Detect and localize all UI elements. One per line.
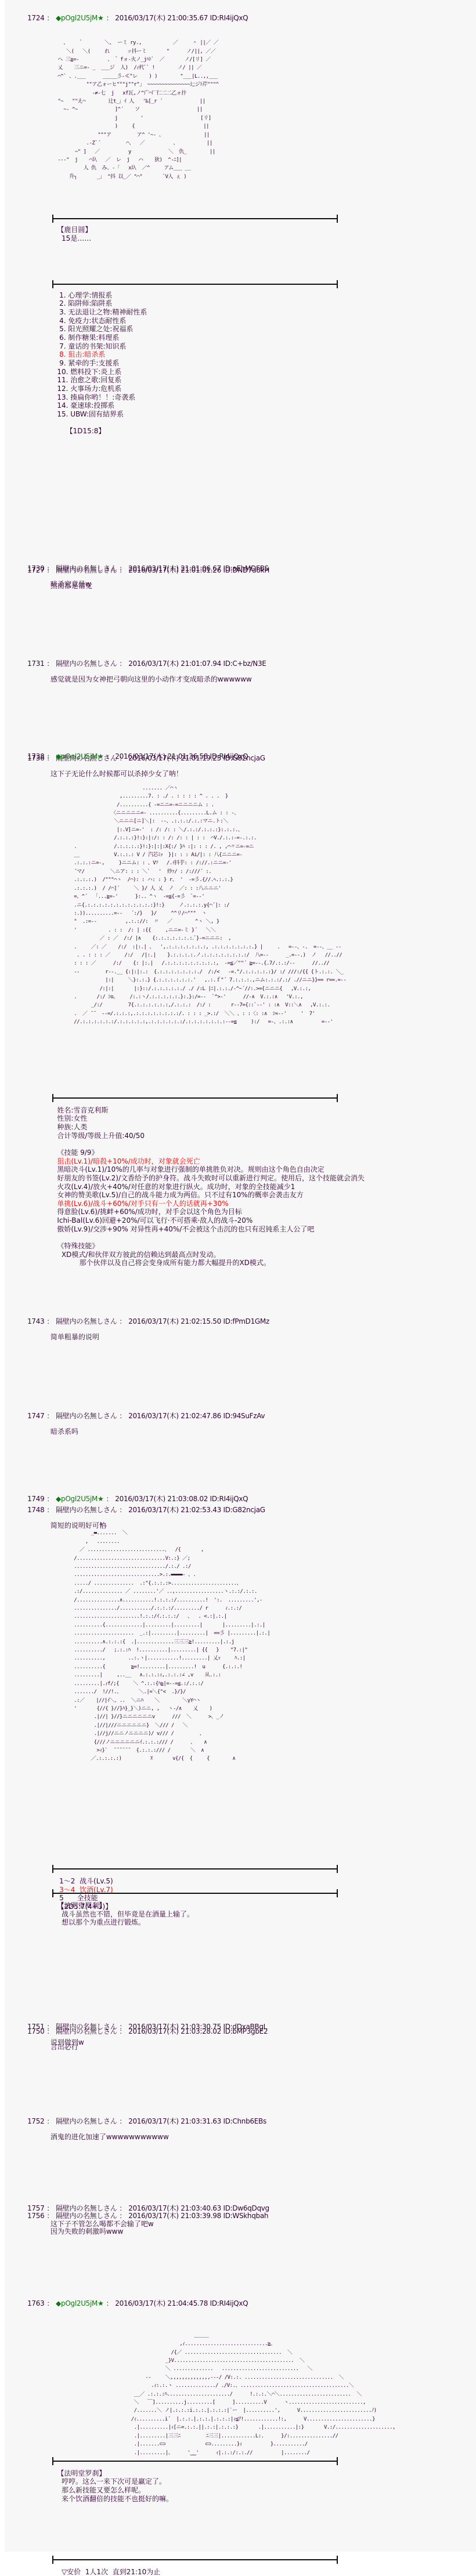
- post-number[interactable]: 1730: [27, 564, 44, 573]
- post-number[interactable]: 1724: [27, 14, 44, 22]
- post-header: 1763：◆pOgl2U5jM★：2016/03/17(木) 21:04:45.…: [27, 2299, 248, 2308]
- ascii-art-line: 、 ゛ ＼、 ーミ ry., ／ ＾ ||／ ／: [57, 39, 218, 47]
- poster-name: 隔壁内の名無しさん: [56, 2117, 117, 2125]
- post-timestamp: 2016/03/17(木) 21:03:08.02: [115, 1495, 208, 1503]
- info-line: 《技能 9/9》: [57, 1148, 365, 1157]
- info-line: 【2D5:7(4+3)】: [57, 1903, 113, 1911]
- poster-id[interactable]: ID:RI4ijQxQ: [210, 2299, 248, 2307]
- separator: ：: [119, 2117, 126, 2125]
- ascii-art-line: /..........{ -=ニニ=-=ニニニニム : .: [51, 801, 346, 809]
- trip-code: pOgl2U5jM: [61, 2299, 98, 2307]
- post-header: 1749：◆pOgl2U5jM★：2016/03/17(木) 21:03:08.…: [27, 1494, 248, 1503]
- ascii-art-line: , ........: [51, 1538, 270, 1546]
- ascii-art-line: .:.:.:.) / /⌒]´ ＼ }/ 人 乂 ノ ／: : :八ニニニ': [51, 885, 346, 893]
- post-body: 简单粗暴的说明: [51, 1333, 99, 1342]
- info-line: 哼哼。这么一来下次可是赢定了。: [57, 2477, 173, 2486]
- info-line: 【1D15:8】: [57, 427, 147, 436]
- ascii-art-line: .:/.............. ／ ........'／ ..,......…: [51, 1588, 270, 1596]
- ascii-art-line: =、^´ 「...≧=-' }:.. ^ヽ -=≦{-=彡 ﾞ=--': [51, 893, 346, 901]
- post-number[interactable]: 1752: [27, 2117, 44, 2125]
- trip-diamond-icon: ◆: [56, 752, 61, 760]
- separator: ：: [119, 2204, 126, 2212]
- post-header: 1738：◆pOgl2U5jM★：2016/03/17(木) 21:01:36.…: [27, 752, 248, 761]
- info-line: 13. 揍扁你哟！！:奇袭系: [57, 393, 147, 402]
- info-line: 姓名:雪音克利斯: [57, 1106, 365, 1115]
- post-body: 因为失败的刺激吗www: [51, 2227, 123, 2236]
- post-timestamp: 2016/03/17(木) 21:01:36.58: [115, 752, 208, 760]
- post-timestamp: 2016/03/17(木) 21:03:31.63: [128, 2117, 221, 2125]
- info-line: 想以那个为重点进行锻炼。: [57, 1918, 194, 1927]
- ascii-art-line: ...../ .............. .:"{.:.:.:>.......…: [51, 1579, 270, 1588]
- info-block: 【法明堂罗刹】 哼哼。这么一来下次可是赢定了。 那么新技能又要怎么样呢。 来个饮…: [57, 2469, 173, 2503]
- ascii-art-line: -≠-七 j xf瓦,ノ^广⌒厂仁二二乙ォ抃: [57, 89, 218, 97]
- ascii-art-line: ~" ] ／ y ＼ 仇_ ||: [57, 148, 218, 156]
- poster-id[interactable]: ID:RI4ijQxQ: [210, 752, 248, 760]
- ascii-art-line: : : : ／ /:/ {: |:.| /.:.:.:.:.:.:.:.:.:,…: [51, 959, 346, 968]
- info-line: [57, 1140, 365, 1148]
- post-header: 1743：隔壁内の名無しさん：2016/03/17(木) 21:02:15.50…: [27, 1317, 269, 1326]
- ascii-art-line: ／.:.:.:.:) ﾇ v{/{ { { ∧: [51, 1755, 270, 1763]
- ascii-art: ....... ／⌒ヽ ,.........7. : ./ . : : : : …: [51, 784, 346, 1027]
- ascii-art-line: ..............................>.:.▬▬▬▬- …: [51, 1571, 270, 1579]
- ascii-art-line: .........., ..:.ヽ|...........!.........|…: [51, 1654, 270, 1662]
- post-number[interactable]: 1751: [27, 2023, 44, 2031]
- info-line: 种族:人类: [57, 1123, 365, 1132]
- separator: ：: [46, 752, 53, 760]
- ascii-art-line: .ｨ:.:.ヽ ............../ ./V:.、..........…: [91, 2382, 395, 2390]
- info-line: 7. 童话的书架:知识系: [57, 342, 147, 351]
- separator: ：: [46, 2023, 53, 2031]
- info-block: 姓名:雪音克利斯性别:女性种族:人类合计等级/等级上升值:40/50《技能 9/…: [57, 1106, 365, 1267]
- ascii-art-line: ""ア乙ォーヒ"""j""r"」 ~~~~~~~~~~~~~~~辷ジﾄ芹"""^: [57, 81, 218, 89]
- info-line: 10. 燃料投下:炎上系: [57, 368, 147, 376]
- ascii-art-line: 乂 三ニ=- _ ___ジ 人) /ｨ杙ﾞ` ! ノ/ || ／: [57, 64, 218, 72]
- ascii-art-line: |:.V]ニ=-' : /: /: : ＼/.:.:/.:.:.:}:.:.:.…: [51, 826, 346, 834]
- highlighted-line: 8. 狙击:暗杀系: [57, 350, 147, 359]
- post-number[interactable]: 1747: [27, 1412, 44, 1420]
- highlighted-line: 单挑(Lv.6)/战斗+60%/对手只有一个人的话就再+30%: [57, 1200, 365, 1208]
- separator: ：: [119, 1412, 126, 1420]
- post-body: 这下子不管怎么喝都不会输了吧w: [51, 2220, 154, 2229]
- info-line: 15是……: [57, 234, 92, 243]
- ascii-art-line: .ニ{.:.:.:.:.:.:.:.:.:.:.:.:}!:} ノ.:.:.:.…: [51, 901, 346, 910]
- info-line: 1～2 战斗(Lv.5): [57, 1877, 113, 1886]
- poster-name: 隔壁内の名無しさん: [56, 1317, 117, 1325]
- ascii-art-line: ..................... _.:|.........|....…: [51, 1629, 270, 1637]
- post-body: 暗杀究竟是w: [51, 580, 91, 589]
- post-body: 暗杀系吗: [51, 1428, 78, 1436]
- ascii-art-line: . ／ ̄ ̄ --=/.:.:.:,.:.:.:.:.:.:.:.:/. : …: [51, 1010, 346, 1018]
- ascii-art-line: ' {//{ }//}ﾊ}_}＼)ニニ, , ヽ-/∧ 乂 ): [51, 1705, 270, 1713]
- ascii-art-line: ＼( ＼( れ ッ抖ーミ " ノ/||, ／／: [57, 48, 218, 56]
- poster-id[interactable]: ID:G82ncjaG: [223, 1506, 265, 1514]
- separator: ：: [119, 2023, 126, 2031]
- ascii-art-line: . . : : : ／ /:/ /|:.| }.:.:.:.:.ノ.:.:.:.…: [51, 951, 346, 959]
- poster-name: 隔壁内の名無しさん: [56, 2204, 117, 2212]
- ascii-art-line: /{／ .................................. ＼: [91, 2349, 395, 2357]
- poster-id[interactable]: ID:WSkhqbah: [223, 2212, 268, 2220]
- ascii-art-line: ,.........7. : ./ . : : : : ^ . . . }: [51, 792, 346, 800]
- ascii-art-line: .|//|///ニニニニニニ} ＼/// / ＼: [51, 1722, 270, 1730]
- section-divider: [52, 218, 338, 219]
- trip-code: pOgl2U5jM: [61, 1495, 98, 1503]
- separator: ：: [46, 2299, 53, 2307]
- info-block: 1～2 战斗(Lv.5) 3～4 饮酒(Lv.7) 5 全技能【2D5:7(4+…: [57, 1877, 113, 1911]
- info-line: 合计等级/等级上升值:40/50: [57, 1132, 365, 1140]
- info-line: 15. UBW:固有結界系: [57, 410, 147, 419]
- info-block: 1. 心理学:情报系 2. 陷阱师:陷阱系 3. 无法退让之物:精神耐性系 4.…: [57, 291, 147, 436]
- info-line: 6. 制作糖果:料理系: [57, 334, 147, 342]
- ascii-art-line: /.:.:.:}!:}:|:/: : /: /: : | : : ⌒V./.:.…: [51, 834, 346, 842]
- post-number[interactable]: 1757: [27, 2204, 44, 2212]
- ascii-art-line: 升┐ _」 ^抖 以_／ "⌒" `V人 ぇ ): [57, 173, 218, 181]
- separator: ：: [119, 564, 126, 573]
- info-line: 《特殊技能》: [57, 1242, 365, 1251]
- ascii-art-line: .:.:.:ニ=-, }ニニム: : 、Vｿ /.ｲ抖芋: : /://.:ニニ…: [51, 859, 346, 867]
- poster-trip: ◆pOgl2U5jM★: [56, 752, 103, 760]
- ascii-art-line: /...............................V:.:} ／;: [51, 1555, 270, 1563]
- highlighted-line: 狙击(Lv.1)/暗殺+10%/成功时，对象就会死亡: [57, 1157, 365, 1166]
- ascii-art-line: ......./ !//!.、 ＼.|=＼{"< .}/}/: [51, 1688, 270, 1696]
- info-line: 5 全技能: [57, 1894, 113, 1903]
- separator: ：: [46, 1317, 53, 1325]
- separator: ：: [46, 2212, 53, 2220]
- info-line: 那么新技能又要怎么样呢。: [57, 2486, 173, 2495]
- ascii-art-line: :.))..........=-- ´:/} }/ ^^リ/⌒""" ヽ: [51, 910, 346, 918]
- ascii-art-line: ／ : ／ /:/ |∧ {:.:.:.:.:.:.:.ﾞ}-=ニニニ: ,: [51, 934, 346, 943]
- highlighted-line: 3～4 饮酒(Lv.7): [57, 1886, 113, 1894]
- trip-code: pOgl2U5jM: [61, 14, 98, 22]
- info-line: 火攻(Lv.4)/放火+40%/对任意的对象进行纵火。成功时，对象的全技能减少1: [57, 1183, 365, 1191]
- post-header: 1724：◆pOgl2U5jM★：2016/03/17(木) 21:00:35.…: [27, 13, 248, 23]
- separator: ：: [119, 1317, 126, 1325]
- ascii-art-line: .|..........|ｨ[ニ=.:.:.||.:.:|.:.:.:} .|.…: [91, 2423, 395, 2432]
- post-header: 1731：隔壁内の名無しさん：2016/03/17(木) 21:01:07.94…: [27, 659, 266, 668]
- post-body: 说到做到w: [51, 2038, 84, 2047]
- ascii-art-line: " .:=-- ,.:.://: 〃 ／ ^ヽ ＼, }: [51, 918, 346, 926]
- ascii-art-line: ＿＿＿: [91, 2332, 395, 2340]
- post-number[interactable]: 1743: [27, 1317, 44, 1325]
- post-body: 感觉就是因为女神把弓朝向这里的小动作才变成暗杀的wwwwww: [51, 675, 252, 684]
- ascii-art-line: //.:.:.:.:.:.:/.:.:.:.:.:,.:.:.:.:.:.:/.…: [51, 1018, 346, 1026]
- info-line: 战斗虽然也不错，但毕竟是在酒量上输了。: [57, 1910, 194, 1919]
- post-timestamp: 2016/03/17(木) 21:01:06.67: [128, 564, 221, 573]
- ascii-art-line: ....... ／⌒ヽ: [51, 784, 346, 792]
- poster-id[interactable]: ID:aEhMDFBS: [223, 564, 268, 573]
- ascii-art-line: . /.:.:.:.:}!:}:|:|:X{:/ }ﾊ :|: : : /. ,…: [51, 843, 346, 851]
- separator: ：: [106, 2299, 113, 2307]
- section-divider: [52, 1868, 338, 1869]
- post-header: 1730：隔壁内の名無しさん：2016/03/17(木) 21:01:06.67…: [27, 564, 269, 573]
- ascii-art-line: >ｨ}` ̄ ̄ ̄ ̄ ̄ ̄ {.:.:.:/// / ＼ ∧: [51, 1747, 270, 1755]
- info-line: 14. 豪速球:投掷系: [57, 401, 147, 410]
- separator: ：: [46, 1506, 53, 1514]
- trip-diamond-icon: ◆: [56, 2299, 61, 2307]
- poster-id[interactable]: ID:Chnb6EBs: [223, 2117, 266, 2125]
- trip-diamond-icon: ◆: [56, 14, 61, 22]
- ascii-art-line: ..........{.............|.........|.....…: [51, 1621, 270, 1629]
- section-divider: [52, 2461, 338, 2462]
- post-timestamp: 2016/03/17(木) 21:01:07.94: [128, 660, 221, 668]
- ascii-art-line: .........| ,..__ ∧.:.:.:ｨ,.:.:.:∠ ,v 从.:…: [51, 1671, 270, 1679]
- post-timestamp: 2016/03/17(木) 21:03:40.63: [128, 2204, 221, 2212]
- ascii-art-line: _}V.....................................…: [91, 2357, 395, 2365]
- separator: ：: [106, 1495, 113, 1503]
- post-timestamp: 2016/03/17(木) 21:02:47.86: [128, 1412, 221, 1420]
- ascii-art-line: /...............∧...........!.:.:.:/....…: [51, 1596, 270, 1604]
- poster-name: 隔壁内の名無しさん: [56, 2212, 117, 2220]
- ascii-art-line: /:|:| |:}::/.:.:.:.:.:./ ./ /:L |ﾆ|.:.:.…: [51, 985, 346, 993]
- ascii-art-line: ..........∧.:.:.:{ .|.............三三三≧!.…: [51, 1638, 270, 1646]
- post-number[interactable]: 1749: [27, 1495, 44, 1503]
- post-number[interactable]: 1748: [27, 1506, 44, 1514]
- info-line: [57, 1233, 365, 1242]
- info-line: 2. 陷阱师:陷阱系: [57, 299, 147, 308]
- info-line: 12. 火事场力:危机系: [57, 385, 147, 393]
- poster-name: 隔壁内の名無しさん: [56, 2023, 117, 2031]
- ascii-art-line: .......................!.:.:/ｲ.:.:.:/ 、 …: [51, 1613, 270, 1621]
- ascii-art-line: ＼ .............. .......................…: [91, 2365, 395, 2373]
- post-number[interactable]: 1756: [27, 2212, 44, 2220]
- ascii-art-line: . /:/ ｼo。 /:.:ヽ/.:.:.:.:.:.}:.}:/=-- `^>…: [51, 993, 346, 1001]
- ascii-art-line: j ' [リ]: [57, 114, 218, 122]
- info-line: Ichi-Bal(Lv.6)回避+20%/可以飞行·不可搭乘·敌人的战斗-20%: [57, 1216, 365, 1225]
- ascii-art-line: }:、: [51, 1521, 270, 1529]
- ascii-art-line: ~- ^~ ]^´ ソ ||: [57, 106, 218, 114]
- ascii-art-line: 〈ニニニニニ=- ..........{.........L.ム : : -、: [51, 809, 346, 817]
- separator: ：: [46, 564, 53, 573]
- separator: ：: [46, 14, 53, 22]
- post-number[interactable]: 1738: [27, 752, 44, 760]
- section-divider: [52, 284, 338, 285]
- ascii-art-line: .........|.ｨf/;{ ＼ ^.:.:{ﾊ≧|=--=≦.:/.:.:…: [51, 1680, 270, 1688]
- ascii-art-line: ..........{ ≧=!.........|.........! u {.…: [51, 1663, 270, 1671]
- post-header: 1751：隔壁内の名無しさん：2016/03/17(木) 21:03:30.75…: [27, 2022, 267, 2031]
- info-block: 【鹿目圆】 15是……: [57, 226, 92, 242]
- post-header: 1747：隔壁内の名無しさん：2016/03/17(木) 21:02:47.86…: [27, 1411, 265, 1421]
- ascii-art: ＿＿＿ ,ｨ.............................≧。 /{…: [91, 2332, 395, 2457]
- post-timestamp: 2016/03/17(木) 21:02:53.43: [128, 1506, 221, 1514]
- ascii-art-line: .:／ |//|ｲ＼、.. ＼ニﾊ ＼ ＼γY⌒ヽ: [51, 1697, 270, 1705]
- ascii-art-line: ／ ...........................、 /{ ,: [51, 1546, 270, 1554]
- poster-id[interactable]: ID:dDxaBBgL: [223, 2023, 267, 2031]
- ascii-art-line: -- ＼,,,,,,,,,,,,,,---/ /V:.:. ..........…: [91, 2374, 395, 2382]
- ascii-art-line: .-Z`´ ⌒、 ／ 、 ||: [57, 139, 218, 147]
- ascii-art: }:、 _▬....... ＼ , ........ ／ ...........…: [51, 1521, 270, 1763]
- poster-id[interactable]: ID:RI4ijQxQ: [210, 14, 248, 22]
- info-line: 5. 阳光照耀之处:祝福系: [57, 325, 147, 334]
- trip-code: pOgl2U5jM: [61, 752, 98, 760]
- ascii-art-line: |:| ＼}:.:.} {.:.:.:.:.:.:.' ,.:.ｆ"´ 7.:.…: [51, 976, 346, 984]
- ascii-art-line: ヘ 三≧=- 、 ゛fォ-火ノ_jﾊﾄﾞ ／ ノ/[リ] ／: [57, 56, 218, 64]
- ascii-art-line: ＼ニニニ[ニ]＼|: -‐、.:.:.:/.:.:マニ.ト:＼: [51, 817, 346, 825]
- ascii-art-line: . ／: ／ /:/ :|:.| 、 ',.:.:.:.:.:.:.:, .:.…: [51, 943, 346, 951]
- post-timestamp: 2016/03/17(木) 21:03:30.75: [128, 2023, 221, 2031]
- ascii-art-line: .|.......⊂⊃ ⊂⊃.........}ｨ }.........../: [91, 2440, 395, 2448]
- poster-name: 隔壁内の名無しさん: [56, 1506, 117, 1514]
- info-line: 好朋友的书签(Lv.2)/文香给予的护身符。战斗失败时可以重新进行判定。使用后，…: [57, 1174, 365, 1183]
- info-line: 傲娇(Lv.9)/交涉+90% 对异性再+40%/不会被这个击沉的也只有迟钝系主…: [57, 1225, 365, 1234]
- post-body: 酒鬼的进化加速了wwwwwwwwwww: [51, 2133, 169, 2142]
- ascii-art-line: __ V.:.:.: V / 汽芯ﾐｯ }|: : : Ai/|: : 八{ニニ…: [51, 851, 346, 859]
- ascii-art-line: ---" j ⌒圦 ／ レ j ハ 狄) ^-ﾆ]|: [57, 156, 218, 164]
- ascii-art-line: ' . : : /: | :{{ ,ニニ=-ミ }´ ＼＼: [51, 926, 346, 934]
- ascii-art-line: "~ ""え⌒ 辻t_」ｲ 人 '‰[_r ´ ||: [57, 97, 218, 106]
- ascii-art-line: -- r--.__ {:|:|:.: {.:.:.:.:.:.:.:./ /:/…: [51, 968, 346, 976]
- separator: ：: [106, 14, 113, 22]
- info-line: [57, 418, 147, 427]
- ascii-art-line: ⌒^` 、.___ _____彡-≪"レ ) ) "___|L..,,___: [57, 73, 218, 81]
- ascii-art-line: __／ .:.:.:ﾊ....................../ !.:.:…: [91, 2390, 395, 2399]
- info-line: 9. 紧牵的手:支援系: [57, 359, 147, 368]
- ascii-art-line: ........../ ;.:.:ﾊ !..........|.........…: [51, 1646, 270, 1654]
- separator: ：: [46, 660, 53, 668]
- poster-id[interactable]: ID:fPmD1GMz: [223, 1317, 269, 1325]
- star-icon: ★: [98, 2299, 103, 2307]
- info-line: 女神的赞美歌(Lv.5)/自己的战斗能力成为两倍。只不过有10%的概率会袭击友方: [57, 1191, 365, 1200]
- post-number[interactable]: 1763: [27, 2299, 44, 2307]
- info-line: XD模式/和伙伴双方彼此的信赖达到最高点时发动。: [57, 1251, 365, 1259]
- info-line: 【鹿目圆】: [57, 226, 92, 234]
- separator: ：: [46, 1495, 53, 1503]
- info-line: 性别:女性: [57, 1114, 365, 1123]
- poster-name: 隔壁内の名無しさん: [56, 564, 117, 573]
- ascii-art-line: .............../.........../.:.:.:/.....…: [51, 1604, 270, 1613]
- info-line: 黑暗决斗(Lv.1)/10%的几率与对象进行强制的单挑胜负对决。规则由这个角色自…: [57, 1165, 365, 1174]
- ascii-art-line: ) { ||: [57, 122, 218, 131]
- ascii-art-line: _▬....... ＼: [51, 1529, 270, 1537]
- ascii-art-line: 人 仇 み、-「 x圦 ／^ アム___ __: [57, 164, 218, 172]
- ascii-art: 、 ゛ ＼、 ーミ ry., ／ ＾ ||／ ／ ＼( ＼( れ ッ抖ーミ " …: [57, 39, 218, 181]
- post-body: 这下子无论什么时候都可以杀掉少女了呐！: [51, 770, 183, 778]
- separator: ：: [119, 2212, 126, 2220]
- post-number[interactable]: 1731: [27, 660, 44, 668]
- ascii-art-line: /.......＼ ノ|.:.:.:i.:.:.|.:.:.:|`ー |....…: [91, 2407, 395, 2415]
- separator: ：: [106, 752, 113, 760]
- star-icon: ★: [98, 14, 103, 22]
- poster-trip: ◆pOgl2U5jM★: [56, 2299, 103, 2307]
- post-header: 1757：隔壁内の名無しさん：2016/03/17(木) 21:03:40.63…: [27, 2204, 269, 2213]
- ascii-art-line: .|.........|三三ﾆ ﾆ三三|............L:. }/:.…: [91, 2432, 395, 2440]
- ascii-art-line: ̄ マ/ ＼ニア: : : ＼` ' 炒ｧ/ : /:///´ :.: [51, 868, 346, 876]
- star-icon: ★: [98, 752, 103, 760]
- info-line: 4. 免疫力:状态耐性系: [57, 317, 147, 325]
- star-icon: ★: [98, 1495, 103, 1503]
- poster-trip: ◆pOgl2U5jM★: [56, 1495, 103, 1503]
- ascii-art-line: ................................/.:./ .:…: [51, 1563, 270, 1571]
- ascii-art-line: ＼ ￣]..........j.........[ ]..........V ヽ…: [91, 2399, 395, 2407]
- post-timestamp: 2016/03/17(木) 21:04:45.78: [115, 2299, 208, 2307]
- poster-id[interactable]: ID:C+bz/N3E: [223, 660, 266, 668]
- poster-name: 隔壁内の名無しさん: [56, 1412, 117, 1420]
- separator: ：: [46, 2204, 53, 2212]
- info-line: 那个伙伴以及自己将会变身成所有能力都大幅提升的XD模式。: [57, 1259, 365, 1267]
- info-line: 得意脸(Lv.6)/挑衅+60%/成功时，对手会以这个角色为目标: [57, 1208, 365, 1216]
- info-line: 来个饮酒翻倍的技能不也挺好的嘛。: [57, 2495, 173, 2503]
- trip-diamond-icon: ◆: [56, 1495, 61, 1503]
- separator: ：: [119, 660, 126, 668]
- post-header: 1752：隔壁内の名無しさん：2016/03/17(木) 21:03:31.63…: [27, 2117, 266, 2126]
- separator: ：: [119, 1506, 126, 1514]
- ascii-art-line: .|//j//ニニノニニニニ)/ v/// / 、: [51, 1730, 270, 1738]
- ascii-art-line: _/:/ 7{.:.:.:.:.:.:,/.:.:.: /:/ : r--7={…: [51, 1001, 346, 1009]
- ascii-art-line: """ア ア^ '~- 、 ||: [57, 131, 218, 139]
- info-line: 11. 治愈之歌:回复系: [57, 376, 147, 385]
- post-timestamp: 2016/03/17(木) 21:00:35.67: [115, 14, 208, 22]
- poster-name: 隔壁内の名無しさん: [56, 660, 117, 668]
- poster-id[interactable]: ID:94SuFzAv: [223, 1412, 265, 1420]
- info-line: 1. 心理学:情报系: [57, 291, 147, 300]
- poster-trip: ◆pOgl2U5jM★: [56, 14, 103, 22]
- post-header: 1748：隔壁内の名無しさん：2016/03/17(木) 21:02:53.43…: [27, 1505, 265, 1515]
- post-timestamp: 2016/03/17(木) 21:03:39.98: [128, 2212, 221, 2220]
- ascii-art-line: .|//| }//}ニニニニニニv /// ＼ >、_ノ: [51, 1713, 270, 1721]
- info-line: 3. 无法退让之物:精神耐性系: [57, 308, 147, 317]
- post-timestamp: 2016/03/17(木) 21:02:15.50: [128, 1317, 221, 1325]
- ascii-art-line: /ｨ..........i´ |.:.:.|.:.:.|.:.:.:|ｨ≦ｱ!.…: [91, 2415, 395, 2423]
- ascii-art-line: {///ノニニニニニニｲ.:.:.:/// / 、 ∧: [51, 1738, 270, 1747]
- poster-id[interactable]: ID:Dw6qDqvg: [223, 2204, 269, 2212]
- info-line: 【法明堂罗刹】: [57, 2469, 173, 2478]
- ascii-art-line: ,ｨ.............................≧。: [91, 2340, 395, 2348]
- separator: ：: [46, 2117, 53, 2125]
- section-divider: [52, 1097, 338, 1099]
- separator: ：: [46, 1412, 53, 1420]
- poster-id[interactable]: ID:RI4ijQxQ: [210, 1495, 248, 1503]
- ascii-art-line: .:.:.:.) /"""⌒ヽ /⌒): : ハ: : } r、 ' -=彡.{…: [51, 876, 346, 884]
- ascii-art-line: .|.........|、 '‿‿' ｨ|.:.:/:.:.// |......…: [91, 2449, 395, 2457]
